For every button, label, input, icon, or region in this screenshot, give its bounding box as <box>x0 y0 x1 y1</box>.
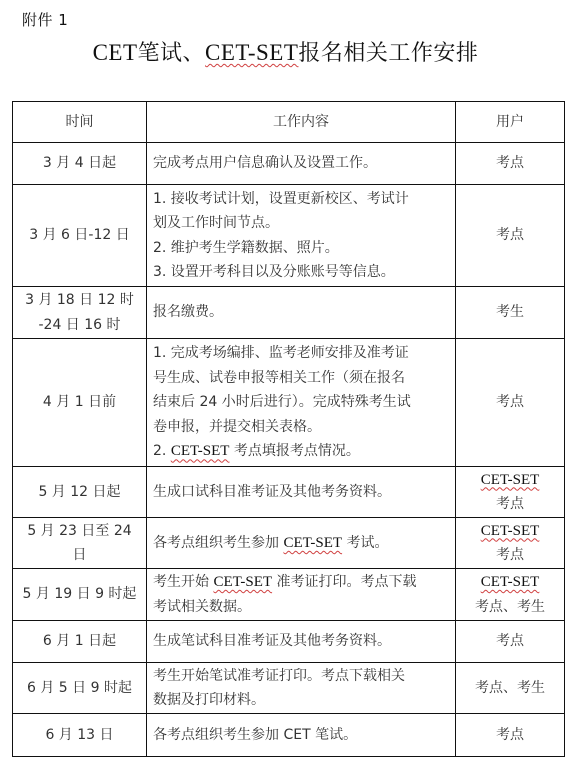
table-header-row: 时间 工作内容 用户 <box>13 102 565 143</box>
user-cell-line: 考点 <box>462 223 558 248</box>
content-cell-line: 1. 完成考场编排、监考老师安排及准考证 <box>153 341 449 366</box>
time-cell-line: -24 日 16 时 <box>19 313 140 338</box>
table-body: 3 月 4 日起完成考点用户信息确认及设置工作。考点3 月 6 日-12 日1.… <box>13 143 565 757</box>
content-cell-line: 划及工作时间节点。 <box>153 211 449 236</box>
time-cell: 6 月 5 日 9 时起 <box>13 663 147 714</box>
time-cell-line: 3 月 4 日起 <box>19 151 140 176</box>
time-cell-line: 5 月 19 日 9 时起 <box>19 582 140 607</box>
user-cell-line: CET-SET <box>462 468 558 493</box>
cet-set-term: CET-SET <box>213 574 272 590</box>
content-cell: 生成口试科目准考证及其他考务资料。 <box>147 467 456 518</box>
cet-set-term: CET-SET <box>481 574 540 590</box>
content-cell: 完成考点用户信息确认及设置工作。 <box>147 143 456 185</box>
content-cell-line: 考生开始 CET-SET 准考证打印。考点下载 <box>153 570 449 595</box>
time-cell: 5 月 23 日至 24 日 <box>13 518 147 569</box>
user-cell: 考点 <box>456 185 565 287</box>
content-cell-line: 卷申报，并提交相关表格。 <box>153 415 449 440</box>
user-cell-line: 考点 <box>462 723 558 748</box>
content-cell: 生成笔试科目准考证及其他考务资料。 <box>147 621 456 663</box>
table-row: 4 月 1 日前1. 完成考场编排、监考老师安排及准考证号生成、试卷申报等相关工… <box>13 339 565 467</box>
header-time: 时间 <box>13 102 147 143</box>
time-cell-line: 6 月 1 日起 <box>19 629 140 654</box>
user-cell: 考点、考生 <box>456 663 565 714</box>
content-cell-line: 2. CET-SET 考点填报考点情况。 <box>153 439 449 464</box>
schedule-table: 时间 工作内容 用户 3 月 4 日起完成考点用户信息确认及设置工作。考点3 月… <box>12 101 565 757</box>
table-row: 6 月 5 日 9 时起考生开始笔试准考证打印。考点下载相关数据及打印材料。考点… <box>13 663 565 714</box>
table-row: 6 月 13 日各考点组织考生参加 CET 笔试。考点 <box>13 714 565 757</box>
table-row: 6 月 1 日起生成笔试科目准考证及其他考务资料。考点 <box>13 621 565 663</box>
content-cell-line: 号生成、试卷申报等相关工作（须在报名 <box>153 366 449 391</box>
time-cell-line: 6 月 13 日 <box>19 723 140 748</box>
title-cet: CET <box>93 40 138 65</box>
user-cell: CET-SET考点 <box>456 518 565 569</box>
user-cell: 考点 <box>456 339 565 467</box>
content-cell: 报名缴费。 <box>147 287 456 339</box>
content-cell-line: 生成口试科目准考证及其他考务资料。 <box>153 480 449 505</box>
time-cell-line: 5 月 23 日至 24 日 <box>19 519 140 568</box>
content-cell-line: 各考点组织考生参加 CET-SET 考试。 <box>153 531 449 556</box>
content-cell: 各考点组织考生参加 CET 笔试。 <box>147 714 456 757</box>
content-cell-line: 各考点组织考生参加 CET 笔试。 <box>153 723 449 748</box>
time-cell-line: 3 月 6 日-12 日 <box>19 223 140 248</box>
cet-set-term: CET-SET <box>283 535 342 551</box>
header-user: 用户 <box>456 102 565 143</box>
time-cell: 4 月 1 日前 <box>13 339 147 467</box>
user-cell-line: 考点 <box>462 390 558 415</box>
user-cell: 考点 <box>456 714 565 757</box>
title-cet-set: CET-SET <box>205 40 298 65</box>
content-cell-line: 3. 设置开考科目以及分账账号等信息。 <box>153 260 449 285</box>
time-cell: 5 月 19 日 9 时起 <box>13 569 147 621</box>
table-row: 3 月 6 日-12 日1. 接收考试计划，设置更新校区、考试计划及工作时间节点… <box>13 185 565 287</box>
user-cell-line: 考点 <box>462 492 558 517</box>
user-cell: CET-SET考点、考生 <box>456 569 565 621</box>
time-cell: 3 月 6 日-12 日 <box>13 185 147 287</box>
content-cell-line: 报名缴费。 <box>153 300 449 325</box>
content-cell-line: 考生开始笔试准考证打印。考点下载相关 <box>153 664 449 689</box>
content-cell-line: 数据及打印材料。 <box>153 688 449 713</box>
user-cell-line: CET-SET <box>462 570 558 595</box>
table-row: 5 月 12 日起生成口试科目准考证及其他考务资料。CET-SET考点 <box>13 467 565 518</box>
content-cell-line: 1. 接收考试计划，设置更新校区、考试计 <box>153 187 449 212</box>
time-cell-line: 4 月 1 日前 <box>19 390 140 415</box>
title-written-exam: 笔试、 <box>138 41 206 66</box>
content-cell: 1. 接收考试计划，设置更新校区、考试计划及工作时间节点。2. 维护考生学籍数据… <box>147 185 456 287</box>
content-cell: 考生开始 CET-SET 准考证打印。考点下载考试相关数据。 <box>147 569 456 621</box>
user-cell-line: CET-SET <box>462 519 558 544</box>
content-cell: 考生开始笔试准考证打印。考点下载相关数据及打印材料。 <box>147 663 456 714</box>
time-cell-line: 3 月 18 日 12 时 <box>19 288 140 313</box>
time-cell: 6 月 1 日起 <box>13 621 147 663</box>
title-registration-arrangement: 报名相关工作安排 <box>298 41 478 66</box>
user-cell: CET-SET考点 <box>456 467 565 518</box>
user-cell: 考点 <box>456 621 565 663</box>
time-cell: 6 月 13 日 <box>13 714 147 757</box>
user-cell: 考点 <box>456 143 565 185</box>
time-cell: 5 月 12 日起 <box>13 467 147 518</box>
content-cell: 1. 完成考场编排、监考老师安排及准考证号生成、试卷申报等相关工作（须在报名结束… <box>147 339 456 467</box>
time-cell: 3 月 18 日 12 时-24 日 16 时 <box>13 287 147 339</box>
content-cell-line: 生成笔试科目准考证及其他考务资料。 <box>153 629 449 654</box>
table-row: 3 月 18 日 12 时-24 日 16 时报名缴费。考生 <box>13 287 565 339</box>
user-cell-line: 考点 <box>462 543 558 568</box>
user-cell-line: 考点 <box>462 151 558 176</box>
table-row: 3 月 4 日起完成考点用户信息确认及设置工作。考点 <box>13 143 565 185</box>
user-cell: 考生 <box>456 287 565 339</box>
content-cell-line: 结束后 24 小时后进行）。完成特殊考生试 <box>153 390 449 415</box>
user-cell-line: 考点、考生 <box>462 676 558 701</box>
user-cell-line: 考点 <box>462 629 558 654</box>
cet-set-term: CET-SET <box>481 472 540 488</box>
cet-set-term: CET-SET <box>171 443 230 459</box>
content-cell: 各考点组织考生参加 CET-SET 考试。 <box>147 518 456 569</box>
user-cell-line: 考点、考生 <box>462 595 558 620</box>
content-cell-line: 2. 维护考生学籍数据、照片。 <box>153 236 449 261</box>
attachment-label: 附件 1 <box>22 9 68 30</box>
time-cell: 3 月 4 日起 <box>13 143 147 185</box>
table-row: 5 月 19 日 9 时起考生开始 CET-SET 准考证打印。考点下载考试相关… <box>13 569 565 621</box>
time-cell-line: 6 月 5 日 9 时起 <box>19 676 140 701</box>
header-content: 工作内容 <box>147 102 456 143</box>
content-cell-line: 完成考点用户信息确认及设置工作。 <box>153 151 449 176</box>
table-row: 5 月 23 日至 24 日各考点组织考生参加 CET-SET 考试。CET-S… <box>13 518 565 569</box>
cet-set-term: CET-SET <box>481 523 540 539</box>
user-cell-line: 考生 <box>462 300 558 325</box>
time-cell-line: 5 月 12 日起 <box>19 480 140 505</box>
content-cell-line: 考试相关数据。 <box>153 595 449 620</box>
page-title: CET笔试、CET-SET报名相关工作安排 <box>0 36 571 67</box>
